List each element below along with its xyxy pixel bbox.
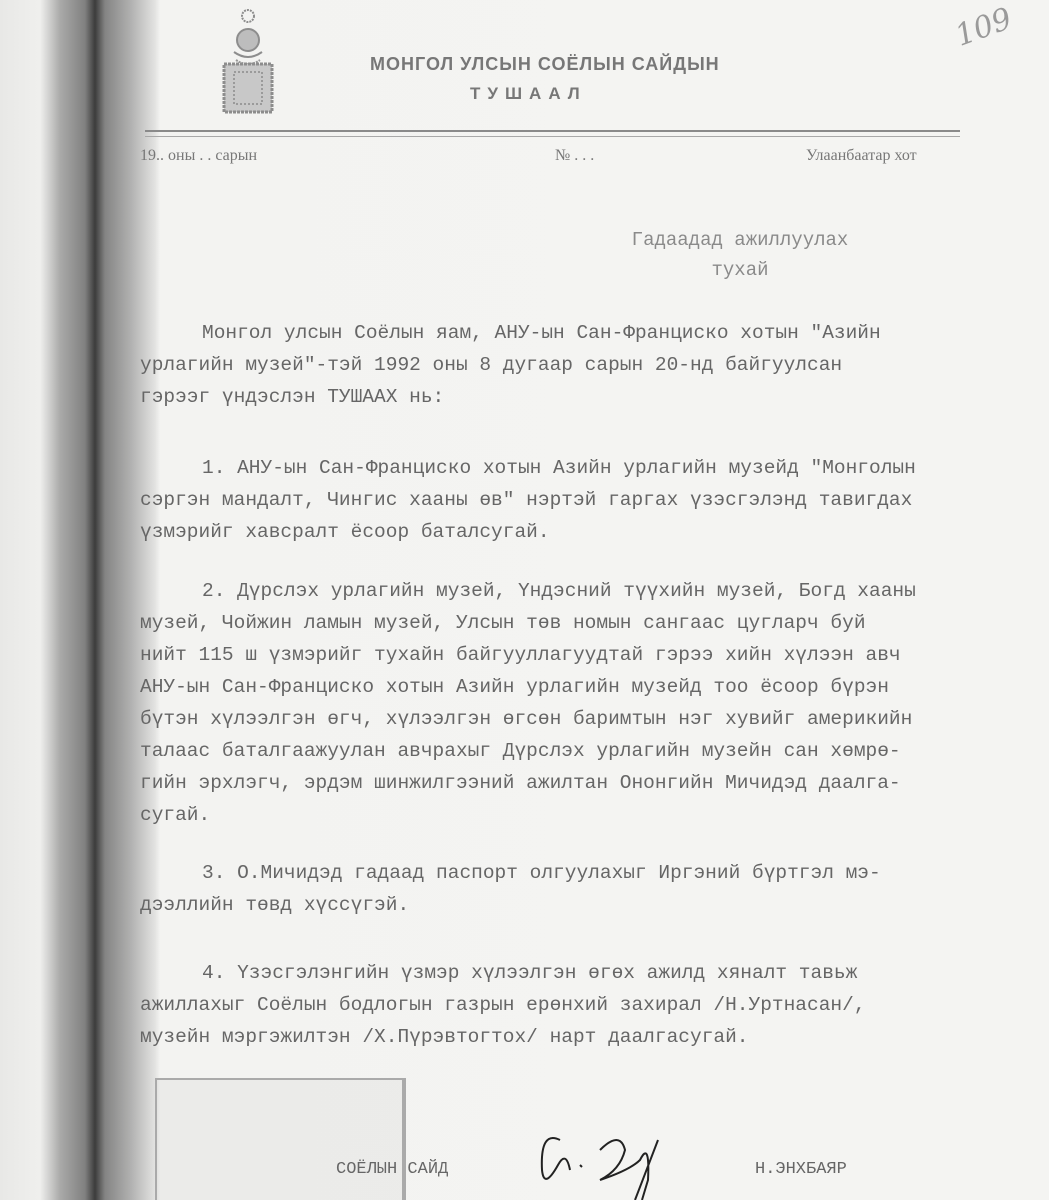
text-line: музей, Чойжин ламын музей, Улсын төв ном… <box>140 607 980 639</box>
text-line: үзмэрийг хавсралт ёсоор баталсугай. <box>140 516 980 548</box>
order-number-field: № . . . <box>555 147 594 165</box>
text-line: ажиллахыг Соёлын бодлогын газрын ерөнхий… <box>140 989 980 1021</box>
state-emblem-icon <box>216 6 280 114</box>
text-line: 3. О.Мичидэд гадаад паспорт олгуулахыг И… <box>140 857 980 889</box>
text-line: музейн мэргэжилтэн /Х.Пүрэвтогтох/ нарт … <box>140 1021 980 1053</box>
signatory-name: Н.ЭНХБАЯР <box>755 1160 847 1179</box>
page-number: 109 <box>951 1 1017 53</box>
subject-line: тухай <box>620 255 860 285</box>
text-line: нийт 115 ш үзмэрийг тухайн байгууллагууд… <box>140 639 980 671</box>
text-line: 4. Үзэсгэлэнгийн үзмэр хүлээлгэн өгөх аж… <box>140 957 980 989</box>
date-field: 19.. оны . . сарын <box>140 147 257 165</box>
subject-line: Гадаадад ажиллуулах <box>620 225 860 255</box>
text-line: гэрээг үндэслэн ТУШААХ нь: <box>140 381 980 413</box>
official-stamp <box>155 1078 406 1200</box>
text-line: урлагийн музей"-тэй 1992 оны 8 дугаар са… <box>140 349 980 381</box>
preamble-paragraph: Монгол улсын Соёлын яам, АНУ-ын Сан-Фран… <box>140 317 980 413</box>
text-line: АНУ-ын Сан-Франциско хотын Азийн урлагий… <box>140 671 980 703</box>
clause-4: 4. Үзэсгэлэнгийн үзмэр хүлээлгэн өгөх аж… <box>140 957 980 1053</box>
clause-3: 3. О.Мичидэд гадаад паспорт олгуулахыг И… <box>140 857 980 921</box>
signature-icon <box>530 1110 730 1200</box>
text-line: 1. АНУ-ын Сан-Франциско хотын Азийн урла… <box>140 452 980 484</box>
clause-1: 1. АНУ-ын Сан-Франциско хотын Азийн урла… <box>140 452 980 548</box>
text-line: сэргэн мандалт, Чингис хааны өв" нэртэй … <box>140 484 980 516</box>
ministry-title: МОНГОЛ УЛСЫН СОЁЛЫН САЙДЫН <box>370 54 720 75</box>
text-line: Монгол улсын Соёлын яам, АНУ-ын Сан-Фран… <box>140 317 980 349</box>
text-line: дээллийн төвд хүссүгэй. <box>140 889 980 921</box>
text-line: бүтэн хүлээлгэн өгч, хүлээлгэн өгсөн бар… <box>140 703 980 735</box>
text-line: талаас баталгаажуулан авчрахыг Дүрслэх у… <box>140 735 980 767</box>
city-field: Улаанбаатар хот <box>806 147 917 165</box>
text-line: 2. Дүрслэх урлагийн музей, Үндэсний түүх… <box>140 575 980 607</box>
signatory-title: СОЁЛЫН САЙД <box>336 1160 448 1179</box>
document-type: ТУШААЛ <box>470 84 587 104</box>
document-page: 109 МОНГОЛ УЛСЫН СОЁЛЫН САЙДЫН ТУШААЛ 19… <box>0 0 1049 1200</box>
clause-2: 2. Дүрслэх урлагийн музей, Үндэсний түүх… <box>140 575 980 831</box>
text-line: сугай. <box>140 799 980 831</box>
text-line: гийн эрхлэгч, эрдэм шинжилгээний ажилтан… <box>140 767 980 799</box>
header-divider <box>145 130 960 137</box>
order-subject: Гадаадад ажиллуулах тухай <box>620 225 860 285</box>
